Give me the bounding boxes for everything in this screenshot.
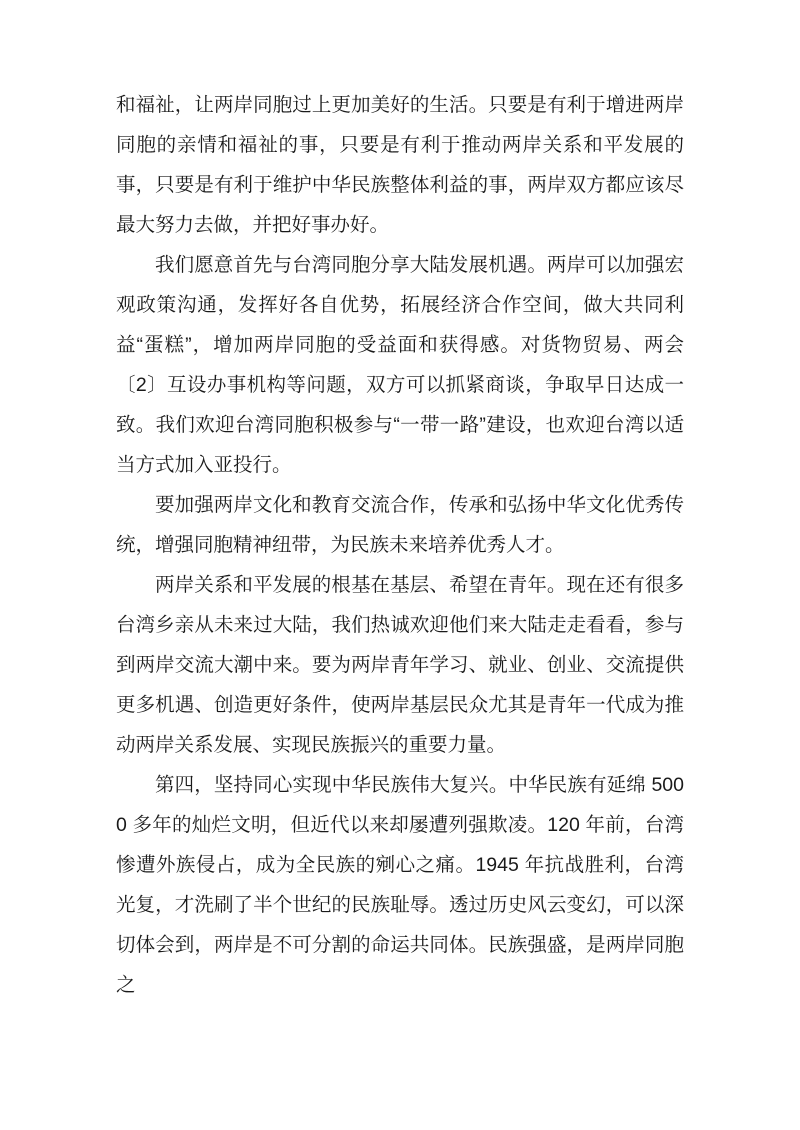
paragraph: 和福祉，让两岸同胞过上更加美好的生活。只要是有利于增进两岸同胞的亲情和福祉的事，… (116, 85, 684, 245)
paragraph: 要加强两岸文化和教育交流合作，传承和弘扬中华文化优秀传统，增强同胞精神纽带，为民… (116, 485, 684, 565)
paragraph: 两岸关系和平发展的根基在基层、希望在青年。现在还有很多台湾乡亲从未来过大陆，我们… (116, 565, 684, 765)
paragraph: 第四，坚持同心实现中华民族伟大复兴。中华民族有延绵 5000 多年的灿烂文明，但… (116, 765, 684, 1005)
paragraph: 我们愿意首先与台湾同胞分享大陆发展机遇。两岸可以加强宏观政策沟通，发挥好各自优势… (116, 245, 684, 485)
document-page: 和福祉，让两岸同胞过上更加美好的生活。只要是有利于增进两岸同胞的亲情和福祉的事，… (116, 85, 684, 1005)
